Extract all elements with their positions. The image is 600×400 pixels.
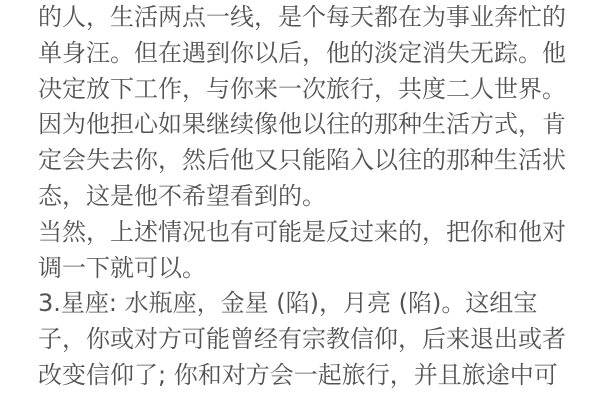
- text-line: 的人，生活两点一线，是个每天都在为事业奔忙的: [38, 0, 582, 36]
- article-text: 的人，生活两点一线，是个每天都在为事业奔忙的 单身汪。但在遇到你以后，他的淡定消…: [38, 0, 582, 394]
- text-line: 当然，上述情况也有可能是反过来的，把你和他对: [38, 215, 582, 251]
- text-line: 子，你或对方可能曾经有宗教信仰，后来退出或者: [38, 322, 582, 358]
- text-line: 态，这是他不希望看到的。: [38, 179, 582, 215]
- text-line: 因为他担心如果继续像他以往的那种生活方式，肯: [38, 107, 582, 143]
- document-page: 的人，生活两点一线，是个每天都在为事业奔忙的 单身汪。但在遇到你以后，他的淡定消…: [0, 0, 600, 400]
- text-line: 3.星座: 水瓶座，金星 (陷)，月亮 (陷)。这组宝: [38, 286, 582, 322]
- text-line: 定会失去你，然后他又只能陷入以往的那种生活状: [38, 143, 582, 179]
- text-line: 改变信仰了; 你和对方会一起旅行，并且旅途中可: [38, 358, 582, 394]
- text-line: 调一下就可以。: [38, 251, 582, 287]
- text-line: 单身汪。但在遇到你以后，他的淡定消失无踪。他: [38, 36, 582, 72]
- text-line: 决定放下工作，与你来一次旅行，共度二人世界。: [38, 72, 582, 108]
